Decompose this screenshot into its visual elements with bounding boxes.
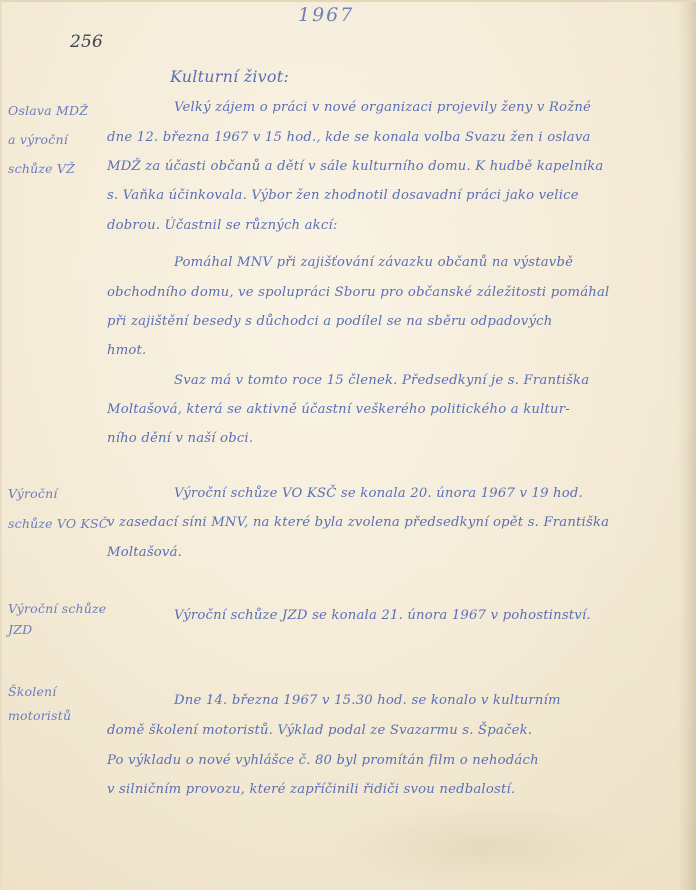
margin-note-ksc-line-2: schůze VO KSČ	[8, 516, 109, 531]
paragraph-line: obchodního domu, ve spolupráci Sboru pro…	[107, 285, 609, 300]
paragraph-line: s. Vaňka účinkovala. Výbor žen zhodnotil…	[107, 188, 579, 203]
page-number: 256	[70, 32, 103, 52]
paragraph-line: ního dění v naší obci.	[107, 431, 253, 446]
paragraph-line: Moltašová.	[107, 545, 182, 560]
paragraph-line: Výroční schůze JZD se konala 21. února 1…	[174, 608, 591, 623]
margin-note-motorists-line-2: motoristů	[8, 708, 71, 723]
paragraph-line: MDŽ za účasti občanů a dětí v sále kultu…	[107, 159, 603, 174]
paragraph-line: domě školení motoristů. Výklad podal ze …	[107, 723, 532, 738]
paragraph-line: Výroční schůze VO KSČ se konala 20. únor…	[174, 486, 583, 501]
paragraph-line: Dne 14. března 1967 v 15.30 hod. se kona…	[174, 693, 561, 708]
section-heading: Kulturní život:	[170, 67, 289, 86]
page-year: 1967	[298, 4, 354, 26]
paragraph-line: hmot.	[107, 343, 146, 358]
margin-note-motorists-line-1: Školení	[8, 684, 57, 699]
paragraph-line: Velký zájem o práci v nové organizaci pr…	[174, 100, 591, 115]
paragraph-line: dne 12. března 1967 v 15 hod., kde se ko…	[107, 130, 591, 145]
margin-note-mdz-line-3: schůze VŽ	[8, 161, 75, 176]
margin-note-mdz-line-2: a výroční	[8, 132, 68, 147]
page-edge-shadow	[678, 2, 696, 890]
paragraph-line: při zajištění besedy s důchodci a podíle…	[107, 314, 552, 329]
chronicle-page: 1967 256 Kulturní život: Oslava MDŽ a vý…	[0, 0, 696, 890]
paragraph-line: Moltašová, která se aktivně účastní vešk…	[107, 402, 570, 417]
margin-note-mdz-line-1: Oslava MDŽ	[8, 103, 88, 118]
paragraph-line: v silničním provozu, které zapříčinili ř…	[107, 782, 515, 797]
margin-note-jzd-line-2: JZD	[8, 622, 32, 637]
margin-note-jzd-line-1: Výroční schůze	[8, 601, 106, 616]
paragraph-line: dobrou. Účastnil se různých akcí:	[107, 218, 338, 233]
paragraph-line: Svaz má v tomto roce 15 členek. Předsedk…	[174, 373, 589, 388]
margin-note-ksc-line-1: Výroční	[8, 486, 58, 501]
paragraph-line: v zasedací síni MNV, na které byla zvole…	[107, 515, 609, 530]
paragraph-line: Po výkladu o nové vyhlášce č. 80 byl pro…	[107, 753, 539, 768]
paper-stain	[332, 802, 632, 890]
paragraph-line: Pomáhal MNV při zajišťování závazku obča…	[174, 255, 573, 270]
